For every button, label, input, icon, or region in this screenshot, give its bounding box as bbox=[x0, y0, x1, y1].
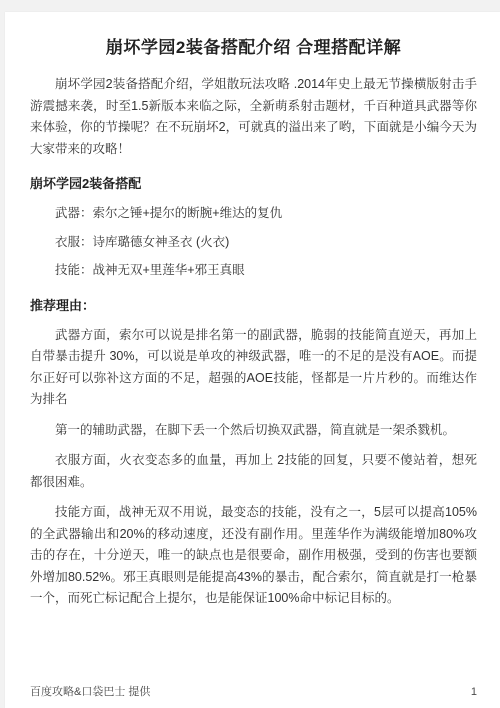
reason-paragraph-support-weapon: 第一的辅助武器，在脚下丢一个然后切换双武器，简直就是一架杀戮机。 bbox=[30, 420, 477, 442]
document-page: 崩坏学园2装备搭配介绍 合理搭配详解 崩坏学园2装备搭配介绍，学姐散玩法攻略 .… bbox=[5, 12, 500, 708]
loadout-heading: 崩坏学园2装备搭配 bbox=[30, 174, 477, 194]
article-body: 崩坏学园2装备搭配介绍，学姐散玩法攻略 .2014年史上最无节操横版射击手游震撼… bbox=[30, 74, 477, 610]
reason-paragraph-skills: 技能方面，战神无双不用说，最变态的技能，没有之一，5层可以提高105%的全武器输… bbox=[30, 502, 477, 610]
reason-paragraph-weapons: 武器方面，索尔可以说是排名第一的副武器，脆弱的技能简直逆天，再加上自带暴击提升 … bbox=[30, 325, 477, 411]
footer-provider: 百度攻略&口袋巴士 提供 bbox=[30, 683, 150, 699]
article-title: 崩坏学园2装备搭配介绍 合理搭配详解 bbox=[30, 36, 477, 60]
loadout-item-clothes: 衣服：诗库璐德女神圣衣 (火衣) bbox=[30, 232, 477, 254]
reasons-heading: 推荐理由： bbox=[30, 296, 477, 316]
document-content: 崩坏学园2装备搭配介绍 合理搭配详解 崩坏学园2装备搭配介绍，学姐散玩法攻略 .… bbox=[5, 12, 500, 610]
loadout-item-skills: 技能：战神无双+里莲华+邪王真眼 bbox=[30, 260, 477, 282]
loadout-item-weapon: 武器：索尔之锤+提尔的断腕+维达的复仇 bbox=[30, 203, 477, 225]
reason-paragraph-clothes: 衣服方面，火衣变态多的血量，再加上 2技能的回复，只要不傻站着，想死都很困难。 bbox=[30, 450, 477, 493]
footer-page-number: 1 bbox=[471, 686, 477, 698]
page-footer: 百度攻略&口袋巴士 提供 1 bbox=[30, 683, 477, 699]
intro-paragraph: 崩坏学园2装备搭配介绍，学姐散玩法攻略 .2014年史上最无节操横版射击手游震撼… bbox=[30, 74, 477, 160]
